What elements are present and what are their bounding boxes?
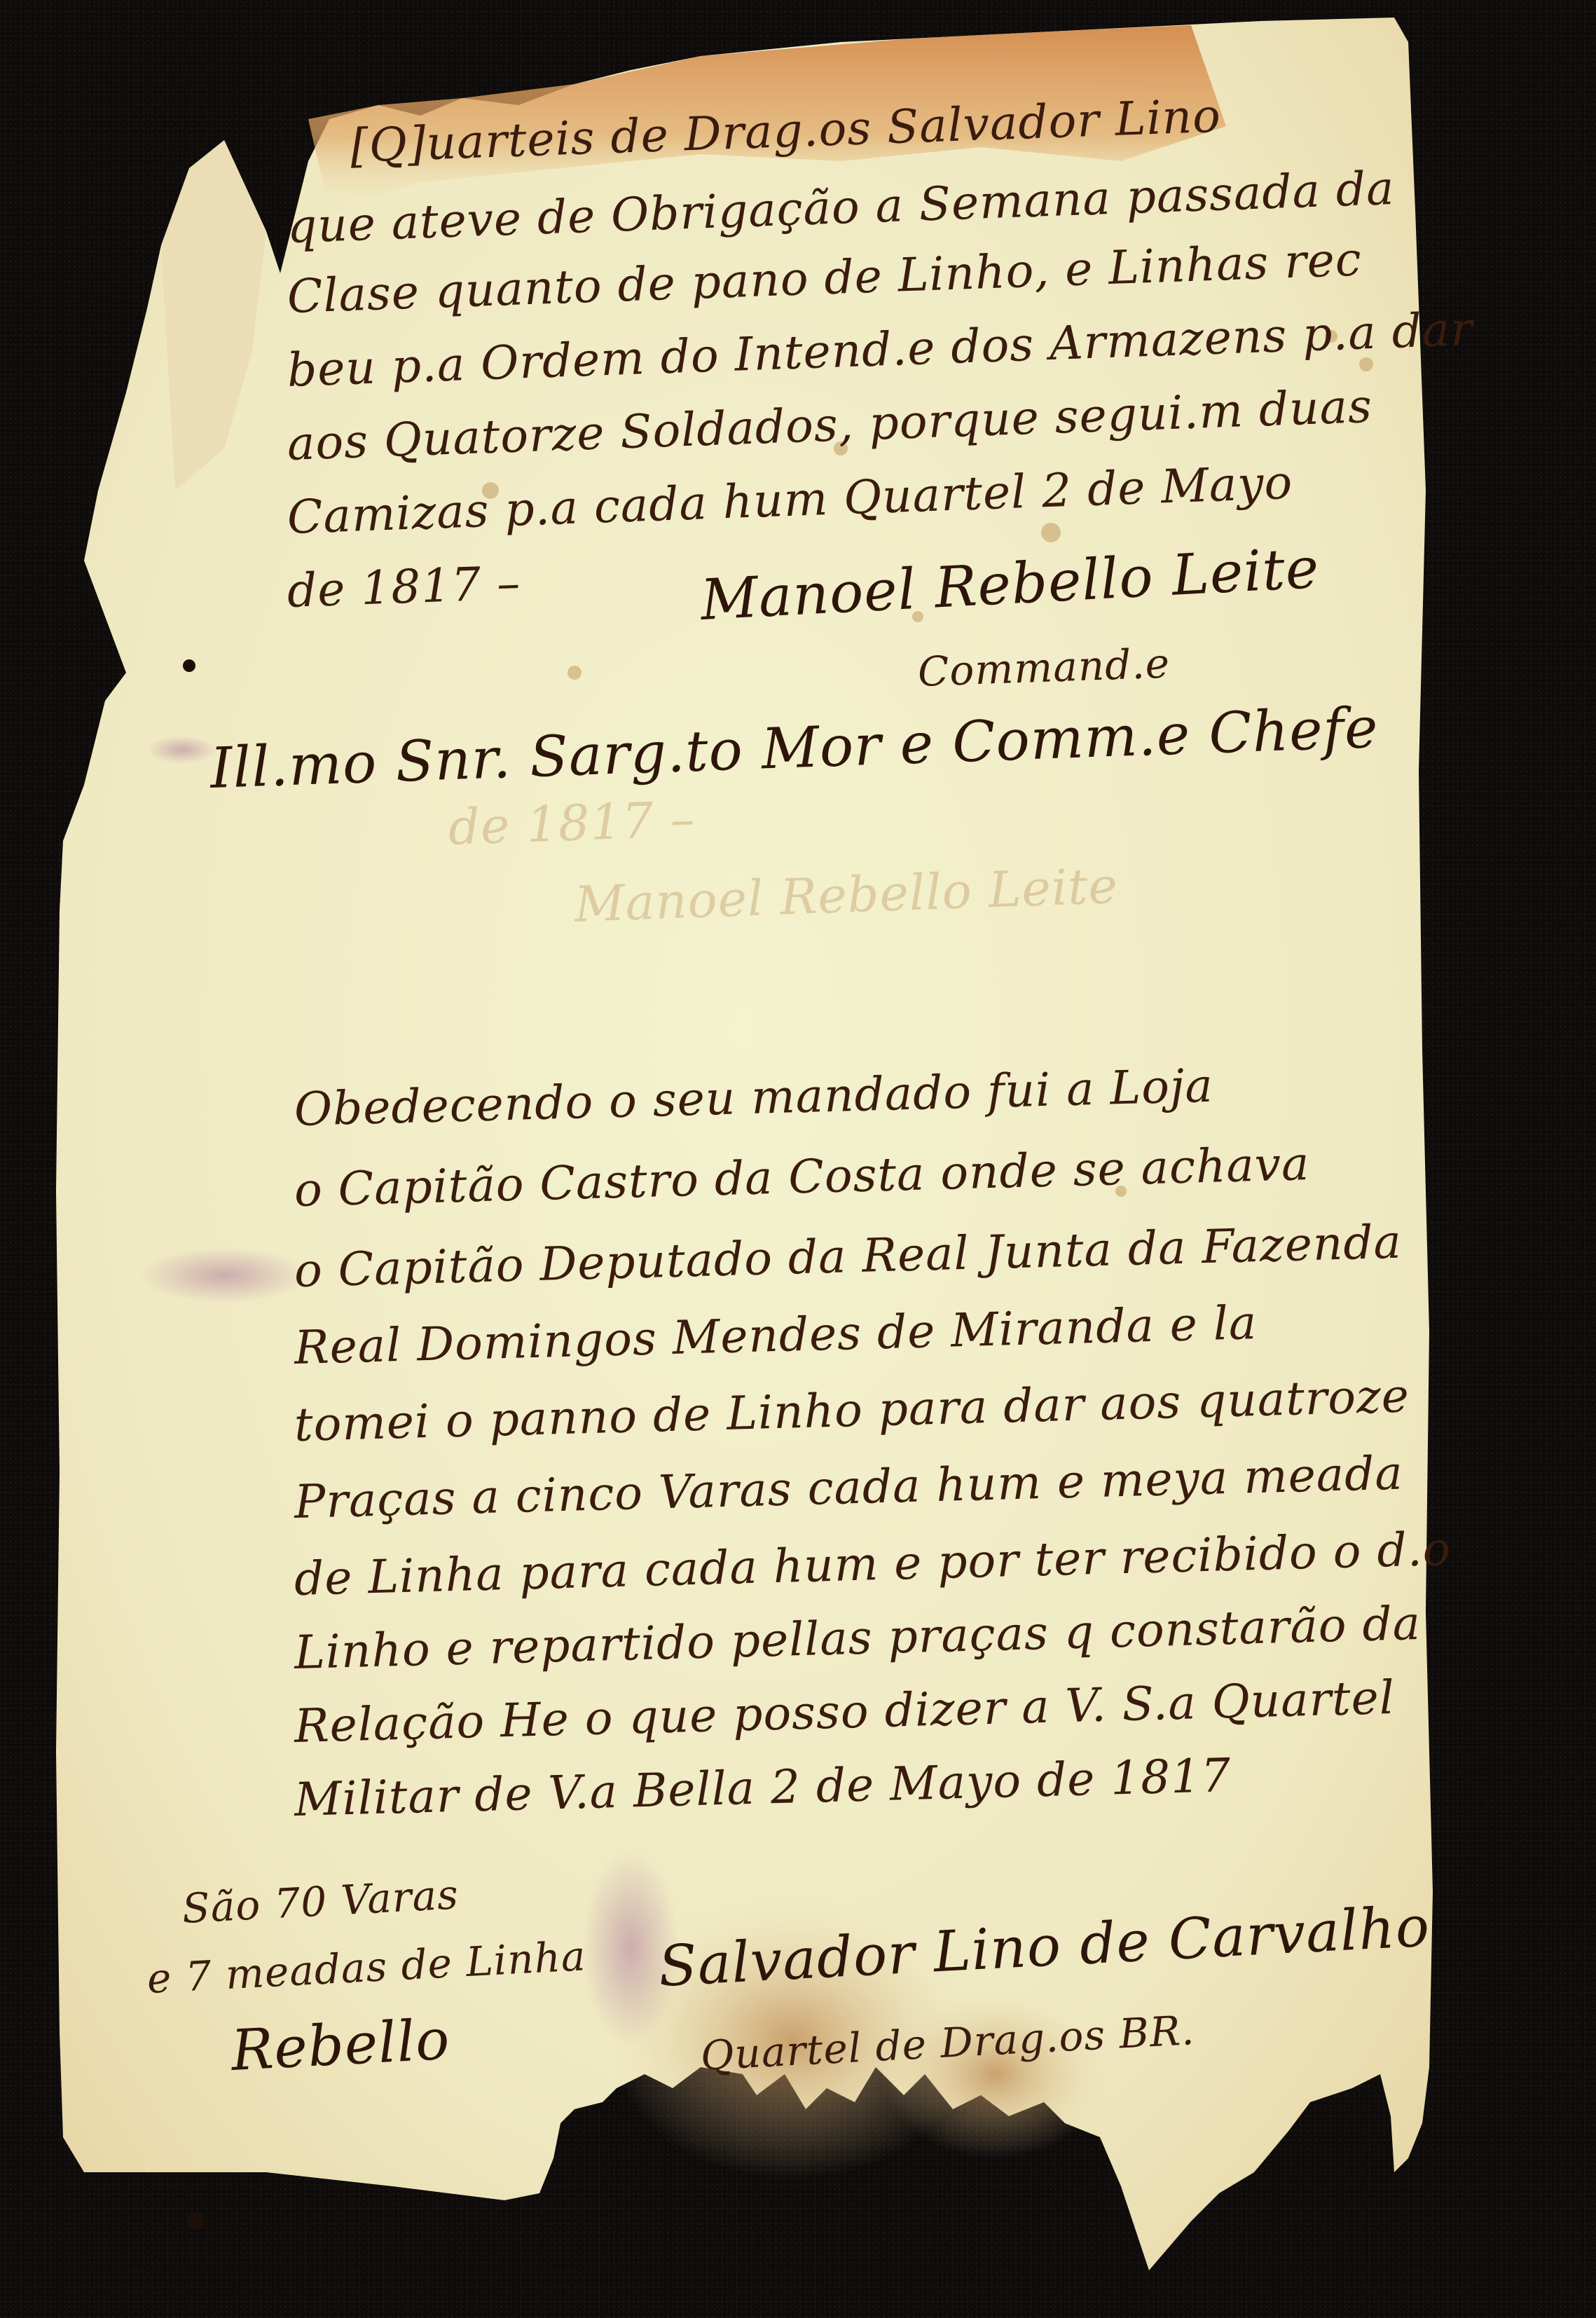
signature-title: Command.e <box>917 639 1171 696</box>
margin-signature-rebello: Rebello <box>230 2007 452 2083</box>
purple-stain <box>140 1247 308 1303</box>
bleedthrough-line: de 1817 – <box>448 790 697 856</box>
manuscript-page: [Q]uarteis de Drag.os Salvador Lino que … <box>0 0 1596 2318</box>
letter-line: de 1817 – <box>287 556 522 618</box>
